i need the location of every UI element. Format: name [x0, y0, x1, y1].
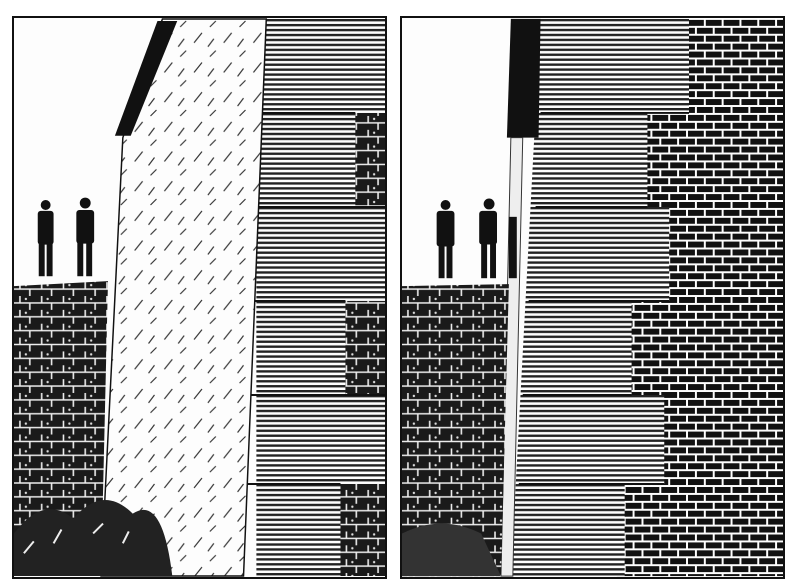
- left-illustration: [14, 18, 385, 577]
- right-panel: [400, 16, 785, 579]
- left-panel: [12, 16, 387, 579]
- narrow-pillar: [507, 19, 541, 138]
- right-illustration: [402, 18, 783, 577]
